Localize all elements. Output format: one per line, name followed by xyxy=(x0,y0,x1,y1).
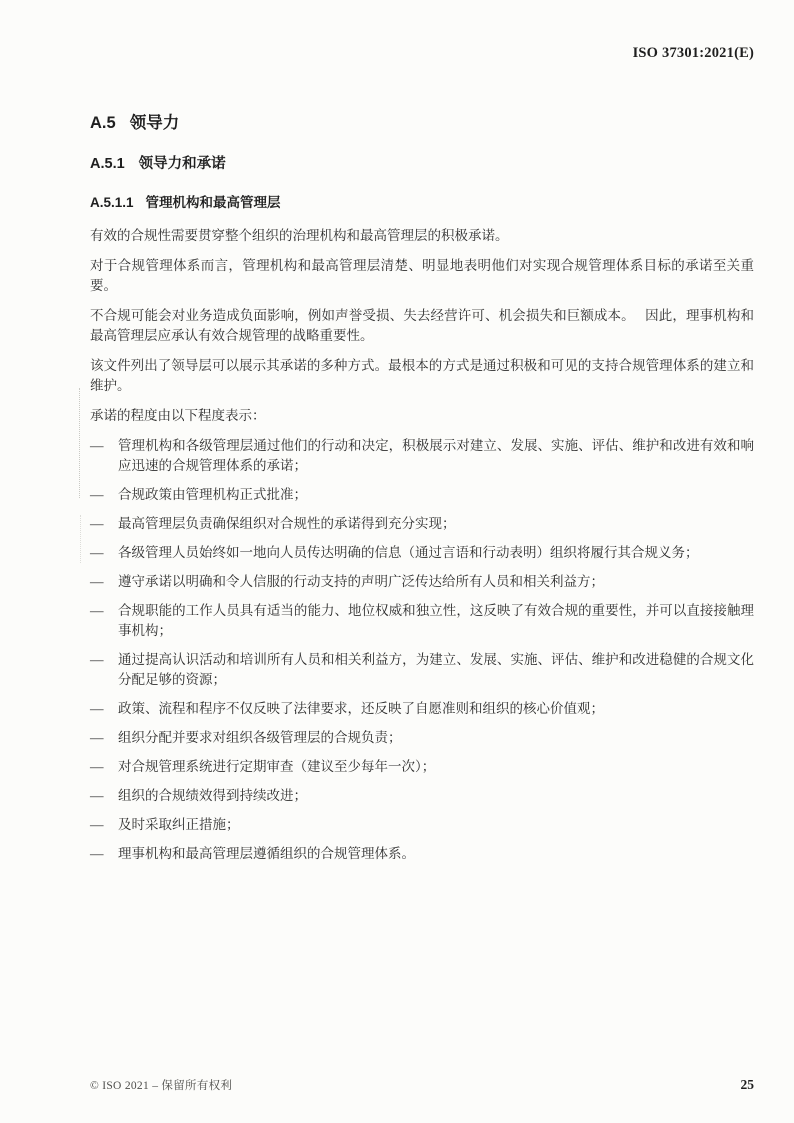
copyright-notice: © ISO 2021 – 保留所有权利 xyxy=(90,1077,232,1093)
dash-marker: — xyxy=(90,650,118,690)
scan-artifact xyxy=(79,388,80,498)
list-item-text: 组织分配并要求对组织各级管理层的合规负责； xyxy=(118,728,754,748)
section-heading-a5-1: A.5.1领导力和承诺 xyxy=(90,154,754,174)
document-code: ISO 37301:2021(E) xyxy=(633,45,754,61)
section-number: A.5 xyxy=(90,114,116,132)
list-item: —通过提高认识活动和培训所有人员和相关利益方，为建立、发展、实施、评估、维护和改… xyxy=(90,650,754,690)
dash-marker: — xyxy=(90,757,118,777)
list-item: —合规政策由管理机构正式批准； xyxy=(90,485,754,505)
list-item-text: 政策、流程和程序不仅反映了法律要求，还反映了自愿准则和组织的核心价值观； xyxy=(118,699,754,719)
list-item: —对合规管理系统进行定期审查（建议至少每年一次）； xyxy=(90,757,754,777)
list-item: —最高管理层负责确保组织对合规性的承诺得到充分实现； xyxy=(90,514,754,534)
paragraph: 有效的合规性需要贯穿整个组织的治理机构和最高管理层的积极承诺。 xyxy=(90,226,754,246)
scan-artifact xyxy=(80,515,81,563)
section-title: 管理机构和最高管理层 xyxy=(146,195,281,210)
section-title: 领导力 xyxy=(130,114,180,132)
list-item-text: 及时采取纠正措施； xyxy=(118,815,754,835)
list-item: —合规职能的工作人员具有适当的能力、地位权威和独立性，这反映了有效合规的重要性，… xyxy=(90,601,754,641)
document-page: ISO 37301:2021(E) A.5领导力 A.5.1领导力和承诺 A.5… xyxy=(0,0,794,1123)
list-item: —各级管理人员始终如一地向人员传达明确的信息（通过言语和行动表明）组织将履行其合… xyxy=(90,543,754,563)
page-content: ISO 37301:2021(E) A.5领导力 A.5.1领导力和承诺 A.5… xyxy=(0,0,794,864)
section-number: A.5.1 xyxy=(90,156,125,172)
dash-marker: — xyxy=(90,844,118,864)
dash-marker: — xyxy=(90,485,118,505)
dash-marker: — xyxy=(90,815,118,835)
list-item-text: 各级管理人员始终如一地向人员传达明确的信息（通过言语和行动表明）组织将履行其合规… xyxy=(118,543,754,563)
list-item: —管理机构和各级管理层通过他们的行动和决定，积极展示对建立、发展、实施、评估、维… xyxy=(90,436,754,476)
list-item-text: 合规政策由管理机构正式批准； xyxy=(118,485,754,505)
paragraph: 不合规可能会对业务造成负面影响，例如声誉受损、失去经营许可、机会损失和巨额成本。… xyxy=(90,306,754,346)
list-item-text: 组织的合规绩效得到持续改进； xyxy=(118,786,754,806)
list-item: —政策、流程和程序不仅反映了法律要求，还反映了自愿准则和组织的核心价值观； xyxy=(90,699,754,719)
list-item-text: 管理机构和各级管理层通过他们的行动和决定，积极展示对建立、发展、实施、评估、维护… xyxy=(118,436,754,476)
page-number: 25 xyxy=(741,1077,755,1093)
list-item: —组织分配并要求对组织各级管理层的合规负责； xyxy=(90,728,754,748)
section-number: A.5.1.1 xyxy=(90,195,134,210)
dash-marker: — xyxy=(90,601,118,641)
dash-marker: — xyxy=(90,786,118,806)
list-item-text: 理事机构和最高管理层遵循组织的合规管理体系。 xyxy=(118,844,754,864)
list-item: —遵守承诺以明确和令人信服的行动支持的声明广泛传达给所有人员和相关利益方； xyxy=(90,572,754,592)
list-item: —及时采取纠正措施； xyxy=(90,815,754,835)
commitment-list: —管理机构和各级管理层通过他们的行动和决定，积极展示对建立、发展、实施、评估、维… xyxy=(90,436,754,864)
page-footer: © ISO 2021 – 保留所有权利 25 xyxy=(90,1077,754,1093)
paragraph: 该文件列出了领导层可以展示其承诺的多种方式。最根本的方式是通过积极和可见的支持合… xyxy=(90,356,754,396)
list-item-text: 遵守承诺以明确和令人信服的行动支持的声明广泛传达给所有人员和相关利益方； xyxy=(118,572,754,592)
section-heading-a5: A.5领导力 xyxy=(90,112,754,134)
dash-marker: — xyxy=(90,699,118,719)
list-item-text: 合规职能的工作人员具有适当的能力、地位权威和独立性，这反映了有效合规的重要性，并… xyxy=(118,601,754,641)
section-heading-a5-1-1: A.5.1.1管理机构和最高管理层 xyxy=(90,193,754,212)
list-item: —理事机构和最高管理层遵循组织的合规管理体系。 xyxy=(90,844,754,864)
paragraph: 对于合规管理体系而言，管理机构和最高管理层清楚、明显地表明他们对实现合规管理体系… xyxy=(90,256,754,296)
list-intro-paragraph: 承诺的程度由以下程度表示： xyxy=(90,406,754,426)
dash-marker: — xyxy=(90,514,118,534)
dash-marker: — xyxy=(90,543,118,563)
section-title: 领导力和承诺 xyxy=(139,156,226,172)
list-item: —组织的合规绩效得到持续改进； xyxy=(90,786,754,806)
dash-marker: — xyxy=(90,728,118,748)
list-item-text: 对合规管理系统进行定期审查（建议至少每年一次）； xyxy=(118,757,754,777)
dash-marker: — xyxy=(90,572,118,592)
list-item-text: 最高管理层负责确保组织对合规性的承诺得到充分实现； xyxy=(118,514,754,534)
dash-marker: — xyxy=(90,436,118,476)
list-item-text: 通过提高认识活动和培训所有人员和相关利益方，为建立、发展、实施、评估、维护和改进… xyxy=(118,650,754,690)
document-header: ISO 37301:2021(E) xyxy=(90,44,754,62)
